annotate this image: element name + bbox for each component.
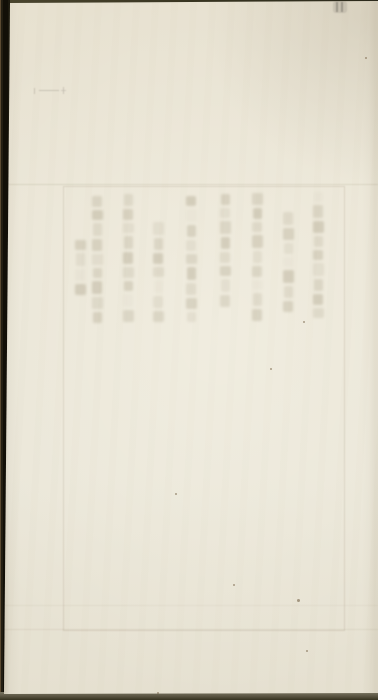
showthrough-character [187, 225, 196, 237]
foxing-speck [270, 368, 272, 370]
pencil-stroke [39, 90, 59, 91]
showthrough-character [186, 209, 197, 222]
showthrough-character [220, 295, 230, 307]
showthrough-character [220, 266, 231, 276]
showthrough-character [314, 279, 323, 291]
showthrough-character [92, 281, 102, 294]
showthrough-character [314, 236, 323, 247]
showthrough-character [153, 253, 163, 264]
showthrough-character [253, 293, 262, 306]
showthrough-character [92, 254, 103, 265]
showthrough-character [153, 222, 164, 235]
showthrough-text-column [220, 194, 231, 307]
showthrough-character [283, 270, 294, 283]
showthrough-character [313, 294, 323, 305]
showthrough-character [123, 267, 134, 278]
showthrough-character [252, 309, 262, 321]
pencil-stroke [61, 90, 66, 91]
showthrough-character [313, 308, 324, 318]
showthrough-text-column [313, 192, 324, 318]
showthrough-character [283, 228, 294, 240]
showthrough-character [93, 312, 102, 323]
showthrough-character [252, 222, 262, 232]
showthrough-text-column [123, 194, 134, 322]
showthrough-character [283, 212, 293, 225]
showthrough-character [283, 257, 293, 267]
showthrough-character [313, 221, 324, 233]
showthrough-character [92, 239, 102, 251]
showthrough-character [221, 237, 230, 249]
showthrough-character [93, 223, 102, 236]
showthrough-text-column [252, 193, 263, 321]
showthrough-text-column [92, 196, 103, 323]
showthrough-character [186, 283, 196, 295]
showthrough-character [153, 311, 164, 322]
foxing-speck [297, 599, 300, 602]
showthrough-character [93, 268, 102, 278]
page [0, 0, 378, 700]
showthrough-character [123, 223, 134, 233]
foxing-speck [306, 650, 308, 652]
showthrough-character [187, 267, 196, 280]
foxing-speck [175, 493, 177, 495]
showthrough-character [313, 263, 324, 276]
showthrough-character [186, 240, 196, 251]
foxing-speck [303, 321, 305, 323]
showthrough-character [186, 298, 197, 309]
showthrough-text-column [153, 222, 164, 322]
showthrough-character [75, 284, 86, 295]
showthrough-character [92, 297, 103, 309]
showthrough-text-column [186, 196, 197, 322]
showthrough-character [123, 209, 133, 220]
showthrough-character [221, 194, 230, 205]
showthrough-text-column [75, 240, 86, 295]
crease-line [0, 605, 378, 606]
showthrough-character [283, 301, 293, 312]
showthrough-character [252, 235, 263, 248]
showthrough-character [252, 193, 263, 205]
showthrough-character [187, 312, 196, 322]
pencil-stroke [336, 2, 338, 12]
showthrough-character [75, 240, 86, 250]
showthrough-character [92, 210, 103, 220]
crease-line [0, 184, 378, 185]
showthrough-character [220, 208, 230, 218]
showthrough-character [123, 252, 133, 264]
showthrough-character [124, 281, 133, 291]
showthrough-character [154, 238, 163, 250]
showthrough-character [186, 254, 197, 264]
pencil-stroke [34, 88, 35, 94]
showthrough-text-column [283, 212, 294, 312]
corner-pencil-mark [332, 1, 348, 15]
pencil-stroke [341, 2, 343, 12]
showthrough-character [252, 266, 262, 277]
showthrough-character [253, 208, 262, 219]
showthrough-character [123, 310, 134, 322]
showthrough-character [220, 252, 230, 263]
showthrough-character [314, 192, 323, 202]
showthrough-character [313, 250, 323, 260]
showthrough-character [75, 269, 85, 281]
showthrough-character [92, 196, 102, 207]
scan-background [0, 0, 378, 700]
showthrough-character [186, 196, 196, 206]
foxing-speck [233, 584, 235, 586]
showthrough-frame [63, 186, 345, 631]
foxing-speck [365, 57, 367, 59]
showthrough-character [253, 251, 262, 263]
showthrough-character [252, 280, 263, 290]
showthrough-character [154, 280, 163, 293]
showthrough-character [221, 279, 230, 292]
showthrough-character [220, 221, 231, 234]
margin-pencil-mark [33, 86, 69, 96]
showthrough-character [124, 194, 133, 206]
showthrough-character [153, 296, 163, 308]
showthrough-character [284, 243, 293, 254]
showthrough-character [124, 236, 133, 249]
showthrough-character [123, 294, 133, 307]
crease-line [0, 629, 378, 630]
showthrough-character [284, 286, 293, 298]
showthrough-character [76, 253, 85, 266]
showthrough-character [313, 205, 323, 218]
showthrough-character [153, 267, 164, 277]
